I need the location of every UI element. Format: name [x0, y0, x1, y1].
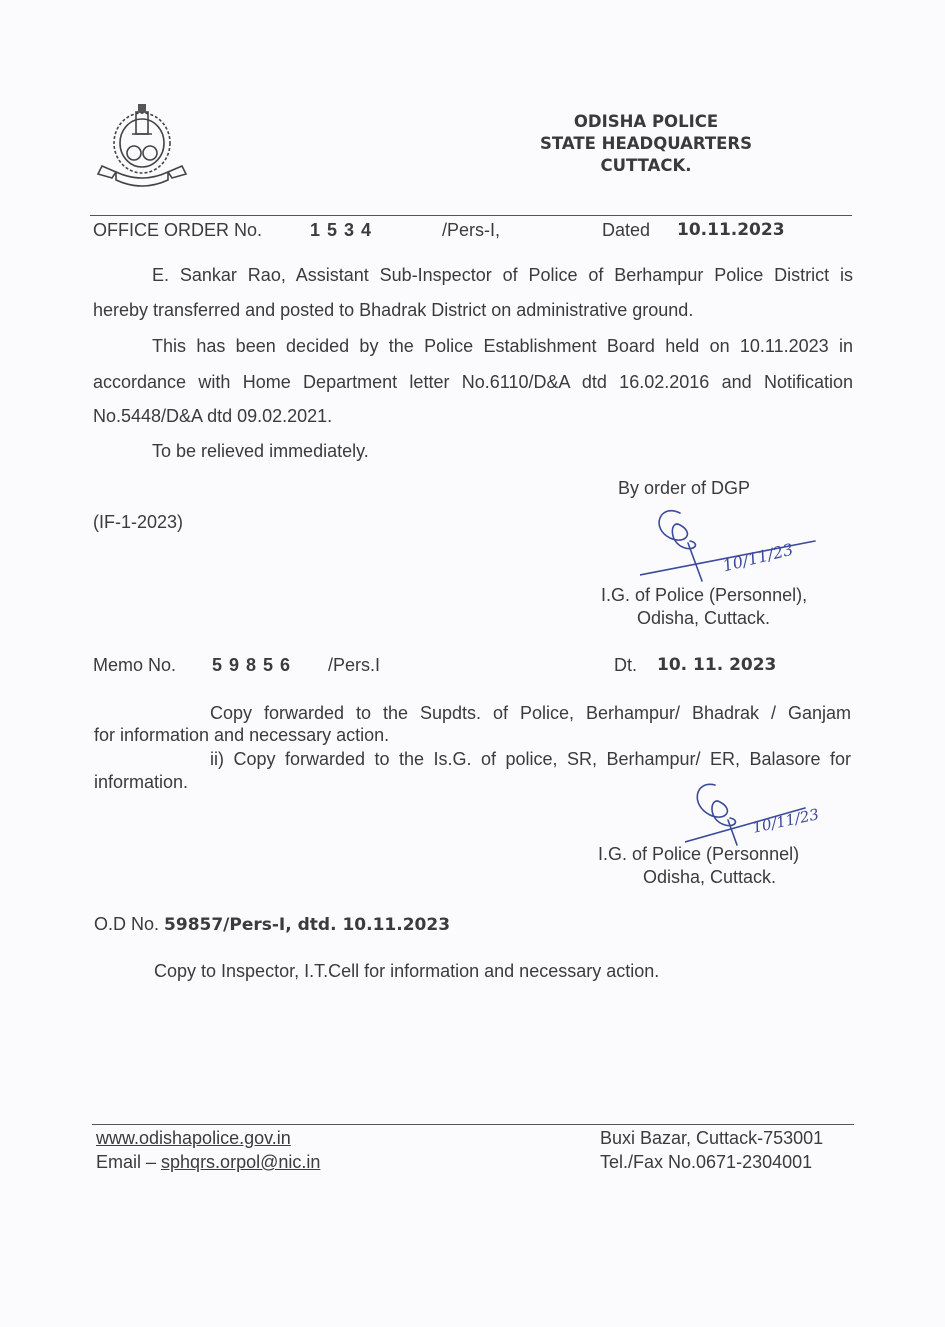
- order-date: 10.11.2023: [677, 220, 785, 240]
- signature-1-designation: I.G. of Police (Personnel),: [601, 585, 807, 606]
- para2-line2: accordance with Home Department letter N…: [93, 372, 853, 393]
- memo-line3: ii) Copy forwarded to the Is.G. of polic…: [210, 749, 851, 770]
- file-reference: (IF-1-2023): [93, 512, 183, 533]
- para2-line3: No.5448/D&A dtd 09.02.2021.: [93, 406, 332, 427]
- signature-2-designation: I.G. of Police (Personnel): [598, 844, 799, 865]
- by-order-of-dgp: By order of DGP: [618, 478, 750, 499]
- office-header: ODISHA POLICE STATE HEADQUARTERS CUTTACK…: [520, 111, 772, 177]
- office-order-section: /Pers-I,: [442, 220, 500, 241]
- header-line-1: ODISHA POLICE: [520, 111, 772, 133]
- memo-section: /Pers.I: [328, 655, 380, 676]
- header-line-2: STATE HEADQUARTERS: [520, 133, 772, 155]
- email-label: Email –: [96, 1152, 161, 1172]
- memo-label: Memo No.: [93, 655, 176, 676]
- para1-line1: E. Sankar Rao, Assistant Sub-Inspector o…: [152, 265, 853, 286]
- footer-address: Buxi Bazar, Cuttack-753001: [600, 1128, 823, 1149]
- office-order-label: OFFICE ORDER No.: [93, 220, 262, 241]
- para1-line2: hereby transferred and posted to Bhadrak…: [93, 300, 693, 321]
- signature-1-location: Odisha, Cuttack.: [637, 608, 770, 629]
- email-line: Email – sphqrs.orpol@nic.in: [96, 1152, 320, 1173]
- dated-label: Dated: [602, 220, 650, 241]
- od-value: 59857/Pers-I, dtd. 10.11.2023: [164, 915, 450, 935]
- od-label: O.D No.: [94, 914, 159, 934]
- office-order-number: 1 5 3 4: [310, 220, 372, 241]
- emblem-logo: [92, 98, 192, 193]
- email-link[interactable]: sphqrs.orpol@nic.in: [161, 1152, 320, 1172]
- memo-line2: for information and necessary action.: [94, 725, 389, 746]
- header-line-3: CUTTACK.: [520, 155, 772, 177]
- website-link[interactable]: www.odishapolice.gov.in: [96, 1128, 291, 1149]
- memo-dt-label: Dt.: [614, 655, 637, 676]
- footer-phone: Tel./Fax No.0671-2304001: [600, 1152, 812, 1173]
- signature-2-location: Odisha, Cuttack.: [643, 867, 776, 888]
- para2-line1: This has been decided by the Police Esta…: [152, 336, 853, 357]
- od-number-line: O.D No. 59857/Pers-I, dtd. 10.11.2023: [94, 914, 450, 935]
- memo-line1: Copy forwarded to the Supdts. of Police,…: [210, 703, 851, 724]
- memo-number: 5 9 8 5 6: [212, 655, 291, 676]
- footer-divider: [92, 1124, 854, 1125]
- police-emblem-icon: [92, 98, 192, 193]
- memo-date: 10. 11. 2023: [657, 655, 776, 675]
- od-copy-line: Copy to Inspector, I.T.Cell for informat…: [154, 961, 659, 982]
- para3: To be relieved immediately.: [152, 441, 369, 462]
- header-divider: [90, 215, 852, 216]
- memo-line4: information.: [94, 772, 188, 793]
